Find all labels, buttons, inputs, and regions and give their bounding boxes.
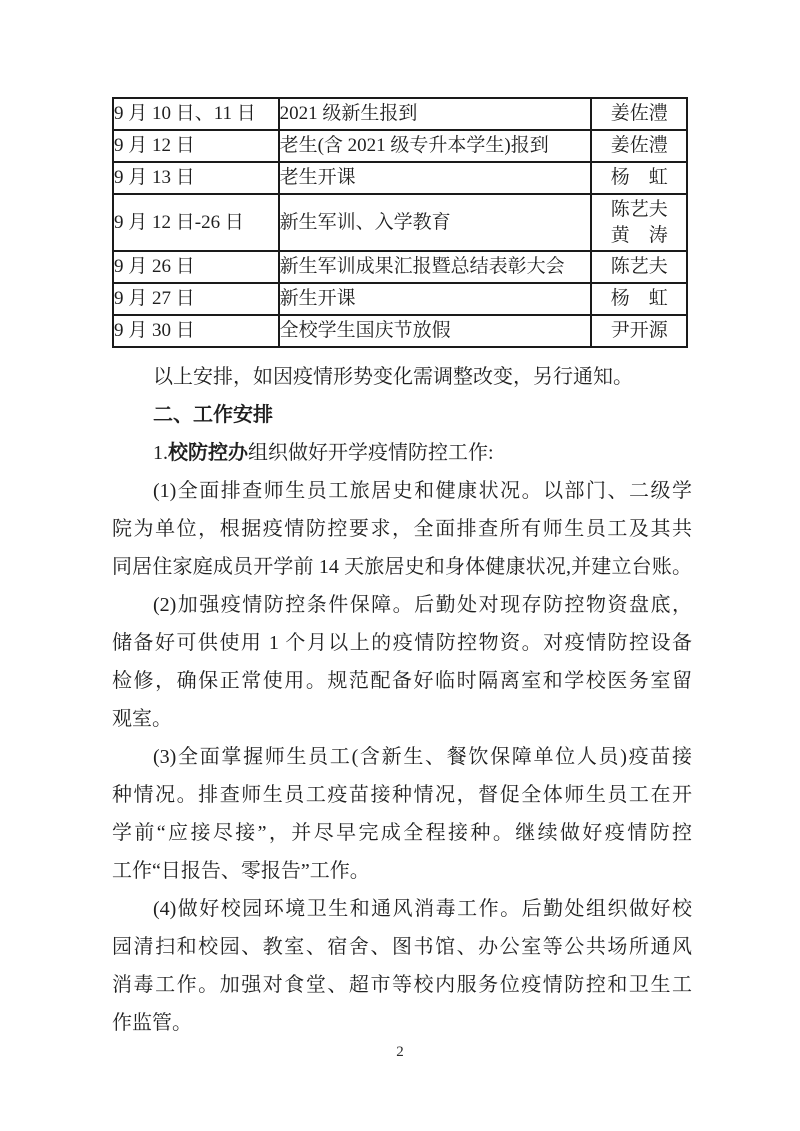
paragraph-1-line: 院为单位，根据疫情防控要求，全面排查所有师生员工及其共	[112, 510, 692, 548]
person-cell: 杨 虹	[591, 283, 687, 315]
person-cell: 陈艺夫 黄 涛	[591, 194, 687, 251]
paragraph-3-line: 工作“日报告、零报告”工作。	[112, 852, 692, 890]
page-content: 9 月 10 日、11 日 2021 级新生报到 姜佐澧 9 月 12 日 老生…	[112, 97, 692, 1042]
paragraph-2-line: 检修，确保正常使用。规范配备好临时隔离室和学校医务室留	[112, 662, 692, 700]
table-row: 9 月 12 日-26 日 新生军训、入学教育 陈艺夫 黄 涛	[113, 194, 687, 251]
item-1-number: 1.	[153, 442, 168, 464]
paragraph-1-line: 同居住家庭成员开学前 14 天旅居史和身体健康状况,并建立台账。	[112, 548, 692, 586]
paragraph-4-line: (4)做好校园环境卫生和通风消毒工作。后勤处组织做好校	[112, 890, 692, 928]
event-cell: 全校学生国庆节放假	[279, 315, 592, 347]
paragraph-3-line: (3)全面掌握师生员工(含新生、餐饮保障单位人员)疫苗接	[112, 738, 692, 776]
table-row: 9 月 12 日 老生(含 2021 级专升本学生)报到 姜佐澧	[113, 130, 687, 162]
paragraph-3-line: 学前“应接尽接”，并尽早完成全程接种。继续做好疫情防控	[112, 814, 692, 852]
table-row: 9 月 13 日 老生开课 杨 虹	[113, 162, 687, 194]
date-cell: 9 月 13 日	[113, 162, 279, 194]
event-cell: 新生军训、入学教育	[279, 194, 592, 251]
item-1-lead: 1.校防控办组织做好开学疫情防控工作:	[112, 434, 692, 472]
table-row: 9 月 26 日 新生军训成果汇报暨总结表彰大会 陈艺夫	[113, 251, 687, 283]
schedule-table: 9 月 10 日、11 日 2021 级新生报到 姜佐澧 9 月 12 日 老生…	[112, 97, 688, 348]
paragraph-2-line: (2)加强疫情防控条件保障。后勤处对现存防控物资盘底，	[112, 586, 692, 624]
event-cell: 2021 级新生报到	[279, 98, 592, 130]
event-cell: 新生军训成果汇报暨总结表彰大会	[279, 251, 592, 283]
person-cell: 尹开源	[591, 315, 687, 347]
paragraph-3-line: 种情况。排查师生员工疫苗接种情况，督促全体师生员工在开	[112, 776, 692, 814]
paragraph-2-line: 观室。	[112, 700, 692, 738]
date-cell: 9 月 27 日	[113, 283, 279, 315]
item-1-bold-term: 校防控办	[168, 442, 248, 464]
body-text: 以上安排，如因疫情形势变化需调整改变，另行通知。 二、工作安排 1.校防控办组织…	[112, 358, 692, 1042]
person-cell: 姜佐澧	[591, 130, 687, 162]
date-cell: 9 月 12 日	[113, 130, 279, 162]
paragraph-1-line: (1)全面排查师生员工旅居史和健康状况。以部门、二级学	[112, 472, 692, 510]
date-cell: 9 月 10 日、11 日	[113, 98, 279, 130]
date-cell: 9 月 26 日	[113, 251, 279, 283]
date-cell: 9 月 12 日-26 日	[113, 194, 279, 251]
item-1-rest: 组织做好开学疫情防控工作:	[248, 442, 494, 464]
paragraph-4-line: 作监管。	[112, 1004, 692, 1042]
person-cell: 杨 虹	[591, 162, 687, 194]
date-cell: 9 月 30 日	[113, 315, 279, 347]
paragraph-4-line: 园清扫和校园、教室、宿舍、图书馆、办公室等公共场所通风	[112, 928, 692, 966]
document-page: 9 月 10 日、11 日 2021 级新生报到 姜佐澧 9 月 12 日 老生…	[0, 0, 800, 1131]
event-cell: 老生(含 2021 级专升本学生)报到	[279, 130, 592, 162]
person-cell: 陈艺夫	[591, 251, 687, 283]
paragraph-2-line: 储备好可供使用 1 个月以上的疫情防控物资。对疫情防控设备	[112, 624, 692, 662]
table-row: 9 月 30 日 全校学生国庆节放假 尹开源	[113, 315, 687, 347]
event-cell: 老生开课	[279, 162, 592, 194]
page-number: 2	[0, 1044, 800, 1061]
note-line: 以上安排，如因疫情形势变化需调整改变，另行通知。	[112, 358, 692, 396]
table-row: 9 月 10 日、11 日 2021 级新生报到 姜佐澧	[113, 98, 687, 130]
person-cell: 姜佐澧	[591, 98, 687, 130]
paragraph-4-line: 消毒工作。加强对食堂、超市等校内服务位疫情防控和卫生工	[112, 966, 692, 1004]
section-heading: 二、工作安排	[112, 396, 692, 434]
event-cell: 新生开课	[279, 283, 592, 315]
table-row: 9 月 27 日 新生开课 杨 虹	[113, 283, 687, 315]
